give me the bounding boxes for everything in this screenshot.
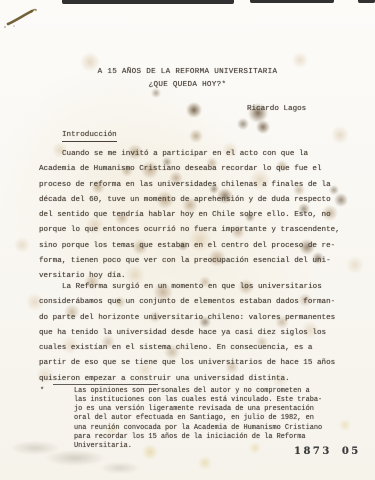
title-line-1: A 15 AÑOS DE LA REFORMA UNIVERSITARIA [98, 68, 278, 76]
footnote-separator [53, 384, 158, 385]
footnote-marker: * [40, 387, 44, 395]
pen-mark [2, 4, 44, 34]
scan-edge-artifact [358, 0, 375, 3]
author-name: Ricardo Lagos [247, 105, 306, 113]
document-title: A 15 AÑOS DE LA REFORMA UNIVERSITARIA¿QU… [0, 66, 375, 91]
scan-edge-artifact [62, 0, 234, 4]
footnote-text: Las opiniones son personales del autor y… [74, 387, 322, 451]
paragraph-1: Cuando se me invitó a participar en el a… [39, 147, 340, 284]
archive-stamp: 1873 05 [294, 446, 361, 457]
scanned-document: { "doc": { "title_line1": "A 15 AÑOS DE … [0, 0, 375, 480]
paragraph-2: La Reforma surgió en un momento en que l… [39, 280, 335, 387]
scan-edge-artifact [250, 0, 334, 3]
title-line-2: ¿QUE QUEDA HOY?* [149, 81, 227, 89]
section-heading: Introducción [62, 131, 117, 142]
